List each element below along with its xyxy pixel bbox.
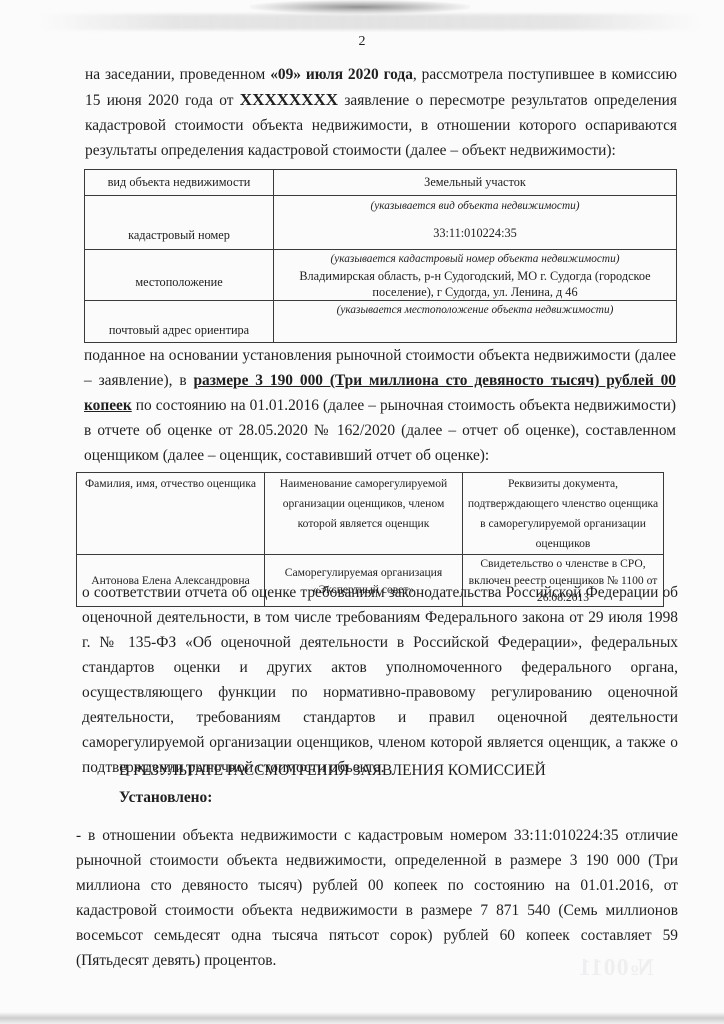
object-type-value: Земельный участок xyxy=(424,175,526,189)
appraiser-header-row: Фамилия, имя, отчество оценщика Наименов… xyxy=(77,473,664,555)
object-value: (указывается кадастровый номер объекта н… xyxy=(274,250,677,301)
compliance-paragraph: о соответствии отчета об оценке требован… xyxy=(82,580,678,780)
section-heading: В РЕЗУЛЬТАТЕ РАССМОТРЕНИЯ ЗАЯВЛЕНИЯ КОМИ… xyxy=(119,762,546,780)
bleed-through-stamp: №0011 xyxy=(578,955,654,982)
applicant-name: XXXXXXXX xyxy=(240,90,338,109)
section-subheading: Установлено: xyxy=(119,789,212,807)
scan-artifact-top xyxy=(250,0,470,14)
header-sro-name: Наименование саморегулируемой организаци… xyxy=(265,473,463,555)
object-value: (указывается местоположение объекта недв… xyxy=(274,301,677,343)
object-hint: (указывается кадастровый номер объекта н… xyxy=(278,253,672,265)
object-hint: (указывается вид объекта недвижимости) xyxy=(278,200,672,212)
page-number: 2 xyxy=(0,34,724,50)
cadastral-number: 33:11:010224:35 xyxy=(278,226,672,241)
object-value: Земельный участок xyxy=(274,170,677,196)
scan-bottom-edge xyxy=(0,1012,724,1024)
intro-paragraph: на заседании, проведенном «09» июля 2020… xyxy=(85,62,677,163)
object-label: вид объекта недвижимости xyxy=(85,170,274,196)
object-row-cadastral: кадастровый номер (указывается вид объек… xyxy=(85,196,677,250)
object-hint: (указывается местоположение объекта недв… xyxy=(278,304,672,316)
intro-prefix: на заседании, проведенном xyxy=(85,66,270,83)
object-label: почтовый адрес ориентира xyxy=(85,301,274,343)
scan-artifact-band xyxy=(40,14,700,30)
location-value: Владимирская область, р-н Судогодский, М… xyxy=(278,268,672,300)
header-membership-doc: Реквизиты документа, подтверждающего чле… xyxy=(463,473,664,555)
header-appraiser-name: Фамилия, имя, отчество оценщика xyxy=(77,473,265,555)
object-row-address: почтовый адрес ориентира (указывается ме… xyxy=(85,301,677,343)
object-label: кадастровый номер xyxy=(85,196,274,250)
object-label: местоположение xyxy=(85,250,274,301)
finding-paragraph: - в отношении объекта недвижимости с кад… xyxy=(76,823,678,973)
object-row-type: вид объекта недвижимости Земельный участ… xyxy=(85,170,677,196)
object-table: вид объекта недвижимости Земельный участ… xyxy=(84,169,677,343)
application-suffix: по состоянию на 01.01.2016 (далее – рыно… xyxy=(84,397,676,464)
application-paragraph: поданное на основании установления рыноч… xyxy=(84,343,676,468)
object-row-location: местоположение (указывается кадастровый … xyxy=(85,250,677,301)
meeting-date: «09» июля 2020 года xyxy=(270,66,413,83)
object-value: (указывается вид объекта недвижимости) 3… xyxy=(274,196,677,250)
